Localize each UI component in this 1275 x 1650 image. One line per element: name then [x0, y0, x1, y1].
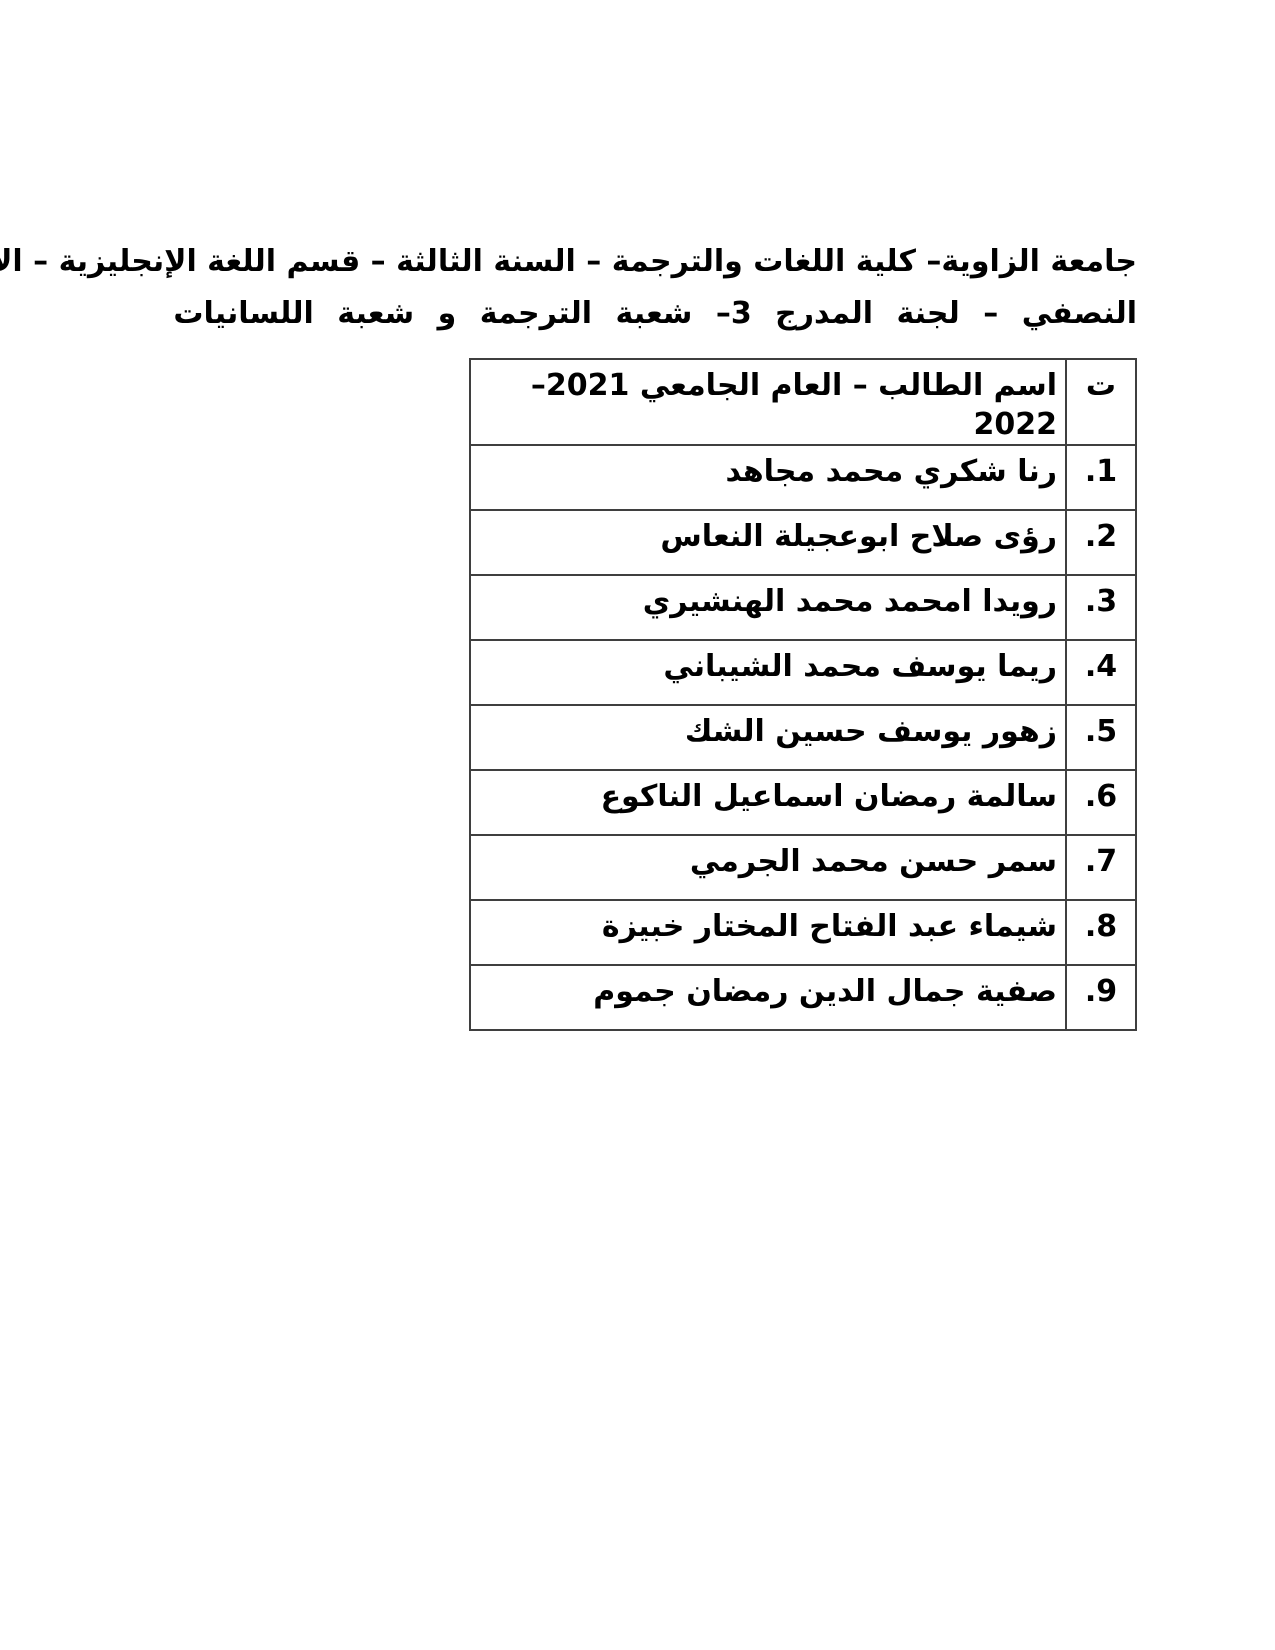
row-index: 6. — [1066, 770, 1136, 835]
table-row: 1. رنا شكري محمد مجاهد — [470, 445, 1136, 510]
table-row: 7. سمر حسن محمد الجرمي — [470, 835, 1136, 900]
table-header-row: ت اسم الطالب – العام الجامعي 2021–2022 — [470, 359, 1136, 445]
table-row: 6. سالمة رمضان اسماعيل الناكوع — [470, 770, 1136, 835]
student-roster-table: ت اسم الطالب – العام الجامعي 2021–2022 1… — [469, 358, 1137, 1031]
table-row: 5. زهور يوسف حسين الشك — [470, 705, 1136, 770]
header-line-2: النصفي – لجنة المدرج 3– شعبة الترجمة و ش… — [187, 288, 1137, 340]
student-name: رؤى صلاح ابوعجيلة النعاس — [470, 510, 1066, 575]
page: { "page": { "background_color": "#ffffff… — [0, 0, 1275, 1650]
student-name: سالمة رمضان اسماعيل الناكوع — [470, 770, 1066, 835]
col-header-index: ت — [1066, 359, 1136, 445]
table-row: 2. رؤى صلاح ابوعجيلة النعاس — [470, 510, 1136, 575]
row-index: 7. — [1066, 835, 1136, 900]
student-name: سمر حسن محمد الجرمي — [470, 835, 1066, 900]
table-row: 3. رويدا امحمد محمد الهنشيري — [470, 575, 1136, 640]
table-row: 8. شيماء عبد الفتاح المختار خبيزة — [470, 900, 1136, 965]
row-index: 3. — [1066, 575, 1136, 640]
row-index: 1. — [1066, 445, 1136, 510]
table-row: 4. ريما يوسف محمد الشيباني — [470, 640, 1136, 705]
row-index: 4. — [1066, 640, 1136, 705]
document-header: جامعة الزاوية– كلية اللغات والترجمة – ال… — [187, 236, 1137, 340]
student-name: شيماء عبد الفتاح المختار خبيزة — [470, 900, 1066, 965]
student-name: ريما يوسف محمد الشيباني — [470, 640, 1066, 705]
row-index: 9. — [1066, 965, 1136, 1030]
student-name: زهور يوسف حسين الشك — [470, 705, 1066, 770]
row-index: 8. — [1066, 900, 1136, 965]
row-index: 2. — [1066, 510, 1136, 575]
table-row: 9. صفية جمال الدين رمضان جموم — [470, 965, 1136, 1030]
student-name: رويدا امحمد محمد الهنشيري — [470, 575, 1066, 640]
col-header-name: اسم الطالب – العام الجامعي 2021–2022 — [470, 359, 1066, 445]
student-name: رنا شكري محمد مجاهد — [470, 445, 1066, 510]
student-name: صفية جمال الدين رمضان جموم — [470, 965, 1066, 1030]
header-line-1: جامعة الزاوية– كلية اللغات والترجمة – ال… — [187, 236, 1137, 288]
row-index: 5. — [1066, 705, 1136, 770]
